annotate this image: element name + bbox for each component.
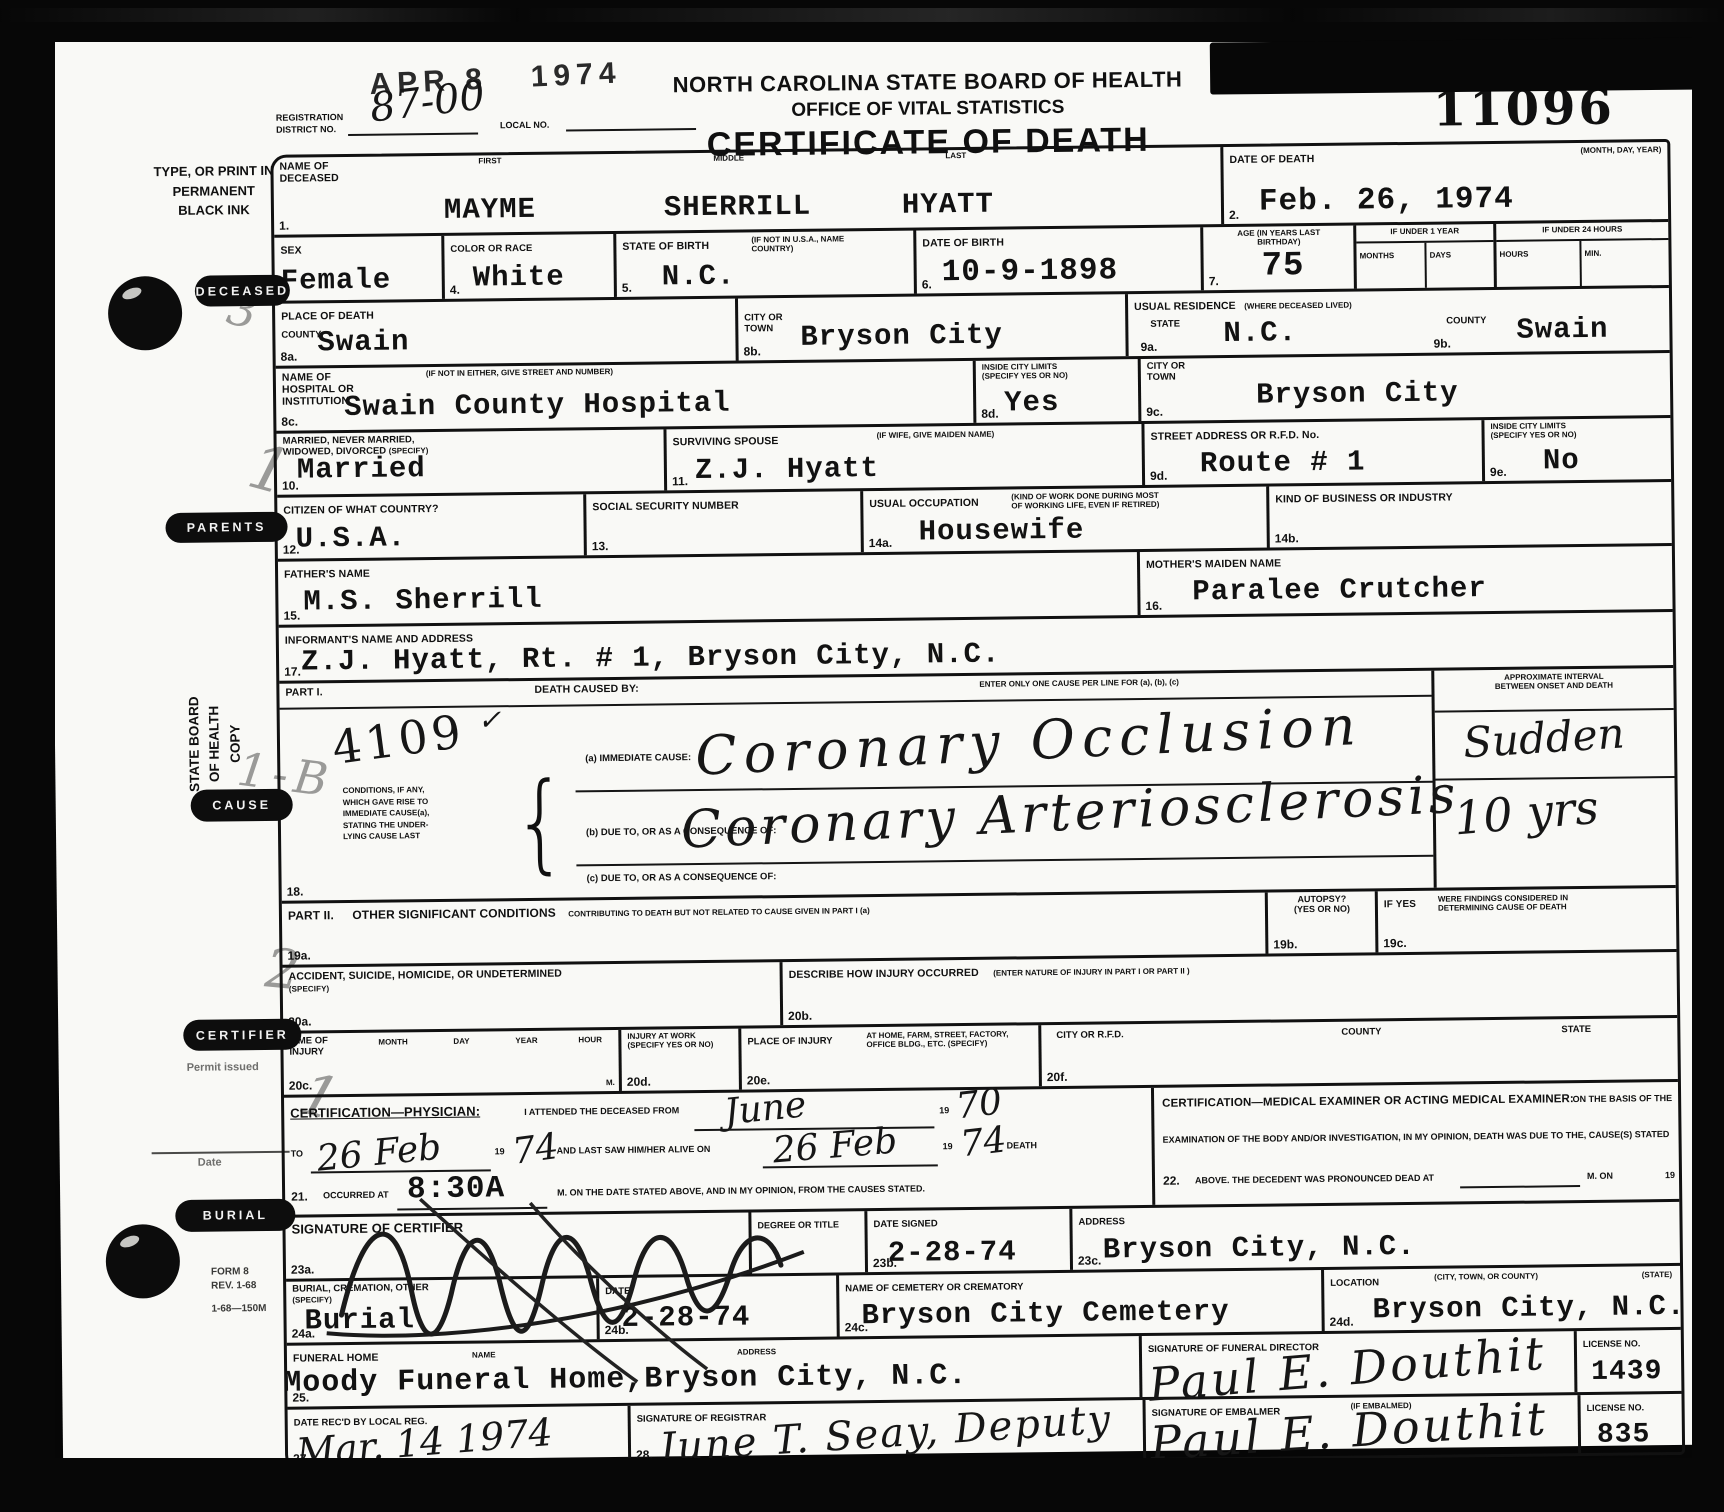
date-line [152,1151,290,1155]
interval-rule-2 [1435,776,1674,781]
field-date-of-death: DATE OF DEATH (MONTH, DAY, YEAR) Feb. 26… [1223,142,1668,224]
value-citizen: U.S.A. [295,521,406,555]
local-no-label: LOCAL NO. [500,120,549,131]
value-race: White [473,261,565,295]
field-mother-maiden-name: MOTHER'S MAIDEN NAME Paralee Crutcher 16… [1140,546,1673,615]
check-mark: ✓ [478,703,502,736]
certificate-form: NAME OFDECEASED FIRST MIDDLE LAST MAYME … [270,139,1685,1471]
field-date-signed: DATE SIGNED 2-28-74 23b. [867,1209,1073,1272]
field-signature-of-certifier: SIGNATURE OF CERTIFIER 23a. [285,1212,752,1278]
field-injury-location: CITY OR R.F.D. COUNTY STATE 20f. [1041,1018,1678,1086]
field-accident-suicide-homicide: ACCIDENT, SUICIDE, HOMICIDE, OR UNDETERM… [283,962,784,1031]
field-age: AGE (IN YEARS LASTBIRTHDAY) 75 7. [1203,226,1357,291]
value-surviving-spouse: Z.J. Hyatt [695,452,879,487]
field-father-name: FATHER'S NAME M.S. Sherrill 15. [278,552,1141,625]
scan-edge-right [1692,0,1724,1512]
value-father-name: M.S. Sherrill [303,583,543,619]
field-certification-physician: CERTIFICATION—PHYSICIAN: I ATTENDED THE … [284,1088,1155,1215]
field-certification-medical-examiner: CERTIFICATION—MEDICAL EXAMINER OR ACTING… [1154,1082,1679,1205]
field-marital-status: MARRIED, NEVER MARRIED,WIDOWED, DIVORCED… [276,429,667,494]
value-embalmer-license: 835 [1597,1419,1651,1451]
field-injury-at-work: INJURY AT WORK(SPECIFY YES OR NO) 20d. [621,1029,742,1091]
scan-noise-streak [0,8,1724,22]
subfield-min: MIN. [1581,240,1669,286]
date-label: Date [198,1156,222,1168]
field-occupation: USUAL OCCUPATION (KIND OF WORK DONE DURI… [863,487,1270,553]
field-citizen: CITIZEN OF WHAT COUNTRY? U.S.A. 12. [277,494,587,559]
cause-code: 4109 [329,704,468,775]
value-marital-status: Married [297,452,426,486]
field-cemetery: NAME OF CEMETERY OR CREMATORY Bryson Cit… [839,1270,1325,1336]
value-hospital: Swain County Hospital [344,387,731,424]
value-sex: Female [281,263,392,297]
field-autopsy-findings: IF YES WERE FINDINGS CONSIDERED INDETERM… [1378,888,1677,952]
brace: { [512,760,568,886]
field-other-conditions: PART II. OTHER SIGNIFICANT CONDITIONS CO… [282,893,1269,965]
value-last-saw-year: 74 [958,1119,1008,1165]
scan-edge-bottom [0,1458,1724,1512]
value-attended-from: June [722,1084,808,1133]
tab-deceased: DECEASED [195,275,290,307]
value-certifier-address: Bryson City, N.C. [1103,1230,1416,1267]
value-residence-city: Bryson City [1256,376,1459,411]
field-funeral-home: FUNERAL HOME NAME ADDRESS Moody Funeral … [287,1336,1143,1407]
org-name: NORTH CAROLINA STATE BOARD OF HEALTH [647,66,1207,98]
value-residence-state: N.C. [1223,316,1297,350]
value-inside-city-limits-residence: No [1543,444,1580,477]
value-cemetery: Bryson City Cemetery [861,1295,1229,1332]
form-number: FORM 8 REV. 1-68 1-68—150M [211,1265,267,1316]
tab-parents: PARENTS [165,512,287,543]
value-director-license: 1439 [1591,1356,1663,1388]
field-street-address: STREET ADDRESS OR R.F.D. No. Route # 1 9… [1144,420,1485,485]
value-death-city: Bryson City [800,319,1003,354]
value-date-of-death: Feb. 26, 1974 [1259,182,1514,220]
field-color-or-race: COLOR OR RACE White 4. [444,234,617,299]
field-date-of-birth: DATE OF BIRTH 10-9-1898 6. [916,227,1204,293]
subfield-days: DAYS [1426,242,1494,288]
field-embalmer-license: LICENSE NO. 835 [1580,1394,1682,1453]
field-ssn: SOCIAL SECURITY NUMBER 13. [586,491,864,555]
field-degree-or-title: DEGREE OR TITLE [751,1211,868,1273]
field-industry: KIND OF BUSINESS OR INDUSTRY 14b. [1269,482,1672,548]
value-last-name: HYATT [902,188,994,222]
field-registrar-signature: SIGNATURE OF REGISTRAR June T. Seay, Dep… [631,1400,1147,1464]
field-burial-cremation: BURIAL, CREMATION, OTHER(SPECIFY) Burial… [286,1278,600,1343]
punch-hole [108,276,183,351]
value-cemetery-location: Bryson City, N.C. [1372,1290,1685,1327]
registration-line [348,132,478,135]
registration-district-label: REGISTRATION DISTRICT NO. [276,112,344,136]
row-certification: CERTIFICATION—PHYSICIAN: I ATTENDED THE … [284,1082,1679,1218]
value-time-of-death: 8:30A [407,1171,505,1207]
field-residence-city: CITY ORTOWN Bryson City 9c. [1141,353,1671,421]
value-interval-b: 10 yrs [1452,780,1601,846]
field-usual-residence: USUAL RESIDENCE (WHERE DECEASED LIVED) S… [1128,288,1670,356]
field-place-of-death-county: PLACE OF DEATH COUNTY Swain 8a. [275,299,739,366]
value-state-of-birth: N.C. [662,260,736,294]
field-state-of-birth: STATE OF BIRTH (IF NOT IN U.S.A., NAME C… [616,231,917,297]
field-hospital: NAME OFHOSPITAL ORINSTITUTION (IF NOT IN… [276,361,977,431]
field-if-under-1-year: IF UNDER 1 YEAR MONTHS DAYS [1356,224,1497,289]
value-funeral-home: Moody Funeral Home,Bryson City, N.C. [283,1359,967,1401]
field-place-of-injury: PLACE OF INJURY AT HOME, FARM, STREET, F… [741,1025,1042,1089]
subfield-hours: HOURS [1496,241,1582,287]
field-director-license: LICENSE NO. 1439 [1577,1330,1682,1392]
value-first-name: MAYME [444,193,536,227]
field-inside-city-limits-death: INSIDE CITY LIMITS(SPECIFY YES OR NO) Ye… [976,359,1142,423]
field-certifier-address: ADDRESS Bryson City, N.C. 23c. [1072,1202,1680,1270]
certificate-sheet: TYPE, OR PRINT IN PERMANENT BLACK INK 3 … [47,17,1708,1464]
value-mother-maiden-name: Paralee Crutcher [1192,572,1487,608]
value-death-county: Swain [317,325,409,359]
field-funeral-director-signature: SIGNATURE OF FUNERAL DIRECTOR Paul E. Do… [1142,1331,1578,1397]
office-name: OFFICE OF VITAL STATISTICS [648,95,1208,123]
print-instruction: TYPE, OR PRINT IN PERMANENT BLACK INK [148,161,279,221]
value-residence-county: Swain [1516,313,1608,347]
value-burial-date: 2-28-74 [621,1300,750,1334]
occurred-at-line [397,1207,547,1211]
interval-column: APPROXIMATE INTERVALBETWEEN ONSET AND DE… [1431,668,1675,888]
cause-cell: PART I. DEATH CAUSED BY: ENTER ONLY ONE … [279,668,1675,901]
value-street-address: Route # 1 [1200,445,1366,480]
field-burial-date: DATE 2-28-74 24b. [599,1275,840,1339]
value-burial: Burial [304,1303,415,1337]
field-inside-city-limits-residence: INSIDE CITY LIMITS(SPECIFY YES OR NO) No… [1484,418,1671,481]
field-time-of-injury: TIME OFINJURY MONTH DAY YEAR HOUR M. 20c… [283,1030,622,1095]
scan-edge-left [0,0,55,1512]
section-cause-of-death: PART I. DEATH CAUSED BY: ENTER ONLY ONE … [279,668,1675,904]
field-sex: SEX Female 3. [274,236,445,301]
field-if-under-24-hours: IF UNDER 24 HOURS HOURS MIN. [1496,222,1669,287]
permit-issued-label: Permit issued [187,1061,259,1074]
pronounced-line-1 [1460,1185,1580,1188]
tab-burial: BURIAL [175,1199,295,1232]
value-last-saw-alive: 26 Feb [771,1121,899,1172]
value-date-of-birth: 10-9-1898 [942,253,1119,290]
tab-certifier: CERTIFIER [183,1019,301,1051]
value-date-signed: 2-28-74 [888,1235,1017,1269]
field-how-injury-occurred: DESCRIBE HOW INJURY OCCURRED (ENTER NATU… [783,952,1678,1025]
value-occupation: Housewife [918,514,1084,549]
value-attended-to-year: 74 [510,1126,561,1173]
punch-hole [105,1224,180,1299]
field-autopsy: AUTOPSY?(YES OR NO) 19b. [1268,891,1379,953]
field-name-of-deceased: NAME OFDECEASED FIRST MIDDLE LAST MAYME … [273,147,1224,235]
field-cemetery-location: LOCATION (CITY, TOWN, OR COUNTY) (STATE)… [1324,1266,1681,1331]
value-age: 75 [1261,247,1304,285]
tab-cause: CAUSE [191,789,293,822]
value-interval-a: Sudden [1462,708,1626,767]
subfield-months: MONTHS [1356,243,1427,289]
value-inside-city-limits-death: Yes [1004,386,1060,420]
scanned-death-certificate: TYPE, OR PRINT IN PERMANENT BLACK INK 3 … [0,0,1724,1512]
field-surviving-spouse: SURVIVING SPOUSE (IF WIFE, GIVE MAIDEN N… [666,424,1145,490]
scan-artifact-top-right [1210,37,1706,94]
value-informant: Z.J. Hyatt, Rt. # 1, Bryson City, N.C. [301,638,1001,679]
value-middle-name: SHERRILL [664,190,812,225]
field-place-of-death-city: CITY ORTOWN Bryson City 8b. [738,294,1129,360]
